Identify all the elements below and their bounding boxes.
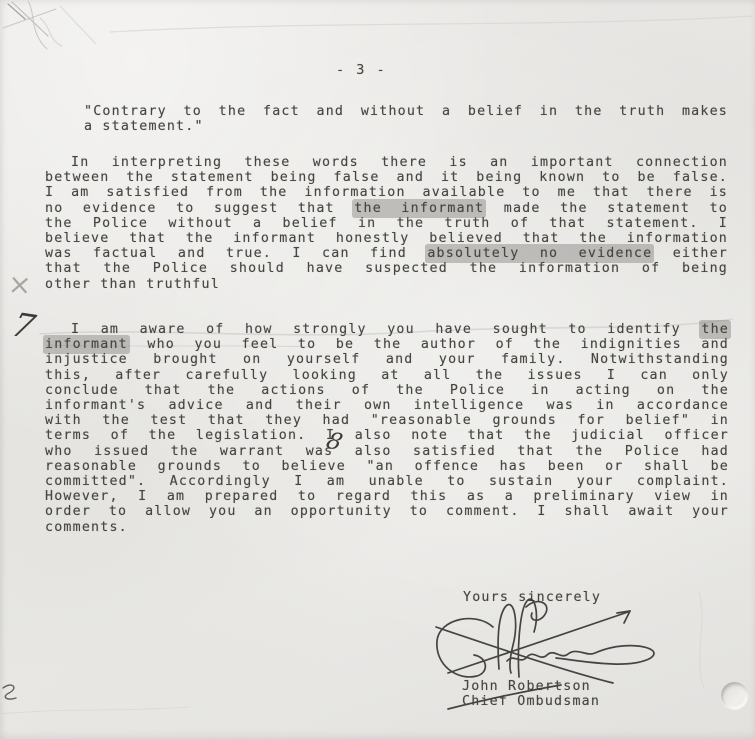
paragraph-conclusion: I am aware of how strongly you have soug… [45, 322, 729, 535]
text-line: other than truthful [45, 277, 728, 292]
text-line: comments. [45, 520, 729, 535]
text-segment: with the test that they had "reasonable … [45, 413, 729, 428]
text-segment: this, after carefully looking at all the… [45, 368, 729, 383]
paragraph-interpretation: In interpreting these words there is an … [45, 155, 728, 292]
page-number: - 3 - [336, 62, 387, 78]
text-line: who issued the warrant was also satisfie… [45, 444, 729, 459]
handwritten-margin-seven: 7 [7, 305, 39, 346]
text-line: I am satisfied from the information avai… [45, 185, 728, 200]
text-line: order to allow you an opportunity to com… [45, 504, 729, 519]
text-line: reasonable grounds to believe "an offenc… [45, 459, 729, 474]
text-segment: was factual and true. I can find [45, 246, 427, 261]
text-segment: "Contrary to the fact and without a beli… [84, 104, 728, 119]
text-segment: However, I am prepared to regard this as… [45, 489, 729, 504]
highlighted-text: the [701, 322, 729, 337]
text-line: committed". Accordingly I am unable to s… [45, 474, 729, 489]
text-segment: either [652, 246, 728, 261]
text-line: terms of the legislation. I also note th… [45, 428, 729, 443]
text-segment: made the statement to [484, 201, 728, 216]
highlighted-text: the informant [354, 201, 484, 216]
signatory-name: John Robertson [462, 679, 600, 694]
text-line: informant who you feel to be the author … [45, 337, 729, 352]
text-segment: In interpreting these words there is an … [71, 155, 728, 170]
text-line: "Contrary to the fact and without a beli… [84, 104, 728, 119]
text-line: a statement." [84, 119, 728, 134]
highlighted-text: absolutely no evidence [427, 246, 652, 261]
scanned-letter-page: - 3 - "Contrary to the fact and without … [0, 0, 755, 739]
text-segment: comments. [45, 520, 128, 535]
text-segment: I am aware of how strongly you have soug… [71, 322, 701, 337]
hole-punch [721, 682, 748, 709]
quoted-statement: "Contrary to the fact and without a beli… [84, 104, 728, 134]
text-line: believe that the informant honestly beli… [45, 231, 728, 246]
text-line: I am aware of how strongly you have soug… [45, 322, 729, 337]
text-segment: the Police without a belief in the truth… [45, 216, 728, 231]
text-line: conclude that the actions of the Police … [45, 383, 729, 398]
text-segment: between the statement being false and it… [45, 170, 728, 185]
text-segment: conclude that the actions of the Police … [45, 383, 729, 398]
text-segment: believe that the informant honestly beli… [45, 231, 728, 246]
valediction: Yours sincerely [463, 590, 601, 605]
text-segment: injustice brought on yourself and your f… [45, 352, 729, 367]
text-segment: terms of the legislation. I also note th… [45, 428, 729, 443]
text-line: that the Police should have suspected th… [45, 261, 728, 276]
text-line: between the statement being false and it… [45, 170, 728, 185]
pencil-x-mark: × [7, 267, 33, 302]
text-segment: I am satisfied from the information avai… [45, 185, 728, 200]
text-segment: no evidence to suggest that [45, 201, 354, 216]
text-segment: reasonable grounds to believe "an offenc… [45, 459, 729, 474]
text-line: However, I am prepared to regard this as… [45, 489, 729, 504]
text-segment: order to allow you an opportunity to com… [45, 504, 729, 519]
text-line: In interpreting these words there is an … [45, 155, 728, 170]
text-line: the Police without a belief in the truth… [45, 216, 728, 231]
text-segment: other than truthful [45, 277, 220, 292]
text-segment: who you feel to be the author of the ind… [128, 337, 729, 352]
text-segment: a statement." [84, 119, 204, 134]
text-line: injustice brought on yourself and your f… [45, 352, 729, 367]
text-line: no evidence to suggest that the informan… [45, 201, 728, 216]
text-line: this, after carefully looking at all the… [45, 368, 729, 383]
text-line: informant's advice and their own intelli… [45, 398, 729, 413]
text-segment: committed". Accordingly I am unable to s… [45, 474, 729, 489]
text-line: was factual and true. I can find absolut… [45, 246, 728, 261]
highlighted-text: informant [45, 337, 128, 352]
text-segment: that the Police should have suspected th… [45, 261, 728, 276]
text-line: with the test that they had "reasonable … [45, 413, 729, 428]
signature-block: John Robertson Chief Ombudsman [462, 679, 600, 709]
signatory-title: Chief Ombudsman [462, 694, 600, 709]
text-segment: informant's advice and their own intelli… [45, 398, 729, 413]
text-segment: who issued the warrant was also satisfie… [45, 444, 729, 459]
